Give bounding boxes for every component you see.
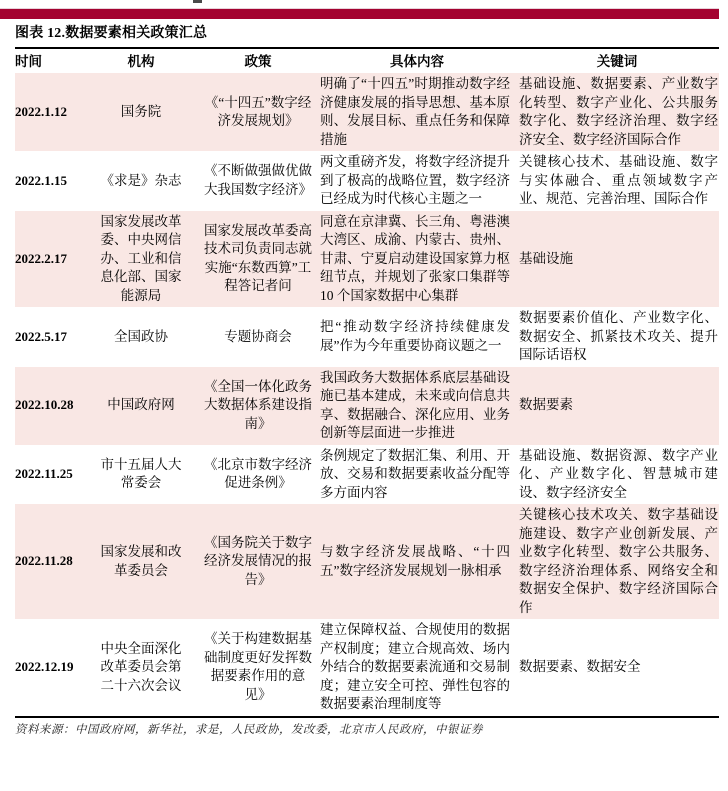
cell-keywords: 数据要素价值化、产业数字化、数据安全、抓紧技术攻关、提升国际话语权 xyxy=(515,307,719,367)
table-row: 2022.2.17 国家发展改革委、中央网信办、工业和信息化部、国家能源局 国家… xyxy=(15,211,719,308)
cell-policy: 《不断做强做优做大我国数字经济》 xyxy=(197,151,319,211)
cell-org: 中央全面深化改革委员会第二十六次会议 xyxy=(85,619,197,717)
cell-detail: 两文重磅齐发，将数字经济提升到了极高的战略位置，数字经济已经成为时代核心主题之一 xyxy=(319,151,515,211)
col-header-policy: 政策 xyxy=(197,48,319,73)
col-header-time: 时间 xyxy=(15,48,85,73)
cell-policy: 《关于构建数据基础制度更好发挥数据要素作用的意见》 xyxy=(197,619,319,717)
cell-keywords: 数据要素、数据安全 xyxy=(515,619,719,717)
policy-summary-table: 时间 机构 政策 具体内容 关键词 2022.1.12 国务院 《“十四五”数字… xyxy=(15,47,719,718)
cell-keywords: 关键核心技术、基础设施、数字与实体融合、重点领域数字产业、规范、完善治理、国际合… xyxy=(515,151,719,211)
cell-time: 2022.2.17 xyxy=(15,211,85,308)
cell-detail: 建立保障权益、合规使用的数据产权制度；建立合规高效、场内外结合的数据要素流通和交… xyxy=(319,619,515,717)
cell-detail: 我国政务大数据体系底层基础设施已基本建成，未来或向信息共享、数据融合、深化应用、… xyxy=(319,367,515,445)
cell-keywords: 关键核心技术攻关、数字基础设施建设、数字产业创新发展、产业数字化转型、数字公共服… xyxy=(515,504,719,619)
table-row: 2022.11.25 市十五届人大常委会 《北京市数字经济促进条例》 条例规定了… xyxy=(15,445,719,505)
cell-keywords: 基础设施、数据要素、产业数字化转型、数字产业化、公共服务数字化、数字经济治理、数… xyxy=(515,73,719,151)
cell-detail: 把“推动数字经济持续健康发展”作为今年重要协商议题之一 xyxy=(319,307,515,367)
table-row: 2022.12.19 中央全面深化改革委员会第二十六次会议 《关于构建数据基础制… xyxy=(15,619,719,717)
section-divider-bar xyxy=(0,8,719,19)
cell-org: 国家发展和改革委员会 xyxy=(85,504,197,619)
cell-keywords: 基础设施 xyxy=(515,211,719,308)
cell-org: 国家发展改革委、中央网信办、工业和信息化部、国家能源局 xyxy=(85,211,197,308)
table-row: 2022.1.15 《求是》杂志 《不断做强做优做大我国数字经济》 两文重磅齐发… xyxy=(15,151,719,211)
figure-block: 图表 12.数据要素相关政策汇总 时间 机构 政策 具体内容 关键词 2022.… xyxy=(15,24,719,738)
col-header-keywords: 关键词 xyxy=(515,48,719,73)
col-header-detail: 具体内容 xyxy=(319,48,515,73)
cell-keywords: 数据要素 xyxy=(515,367,719,445)
cell-time: 2022.1.12 xyxy=(15,73,85,151)
figure-title: 图表 12.数据要素相关政策汇总 xyxy=(15,24,719,43)
cell-org: 全国政协 xyxy=(85,307,197,367)
cell-time: 2022.10.28 xyxy=(15,367,85,445)
table-row: 2022.5.17 全国政协 专题协商会 把“推动数字经济持续健康发展”作为今年… xyxy=(15,307,719,367)
cell-policy: 《“十四五”数字经济发展规划》 xyxy=(197,73,319,151)
cell-time: 2022.11.28 xyxy=(15,504,85,619)
table-header-row: 时间 机构 政策 具体内容 关键词 xyxy=(15,48,719,73)
col-header-org: 机构 xyxy=(85,48,197,73)
cell-detail: 同意在京津冀、长三角、粤港澳大湾区、成渝、内蒙古、贵州、甘肃、宁夏启动建设国家算… xyxy=(319,211,515,308)
cell-policy: 《北京市数字经济促进条例》 xyxy=(197,445,319,505)
cell-policy: 专题协商会 xyxy=(197,307,319,367)
cell-time: 2022.5.17 xyxy=(15,307,85,367)
data-source-note: 资料来源：中国政府网，新华社，求是，人民政协，发改委，北京市人民政府，中银证券 xyxy=(15,718,719,738)
page-crop-artifact xyxy=(193,0,202,3)
table-row: 2022.10.28 中国政府网 《全国一体化政务大数据体系建设指南》 我国政务… xyxy=(15,367,719,445)
cell-keywords: 基础设施、数据资源、数字产业化、产业数字化、智慧城市建设、数字经济安全 xyxy=(515,445,719,505)
cell-detail: 明确了“十四五”时期推动数字经济健康发展的指导思想、基本原则、发展目标、重点任务… xyxy=(319,73,515,151)
table-row: 2022.11.28 国家发展和改革委员会 《国务院关于数字经济发展情况的报告》… xyxy=(15,504,719,619)
cell-org: 中国政府网 xyxy=(85,367,197,445)
cell-detail: 条例规定了数据汇集、利用、开放、交易和数据要素收益分配等多方面内容 xyxy=(319,445,515,505)
cell-org: 国务院 xyxy=(85,73,197,151)
cell-org: 《求是》杂志 xyxy=(85,151,197,211)
cell-org: 市十五届人大常委会 xyxy=(85,445,197,505)
table-row: 2022.1.12 国务院 《“十四五”数字经济发展规划》 明确了“十四五”时期… xyxy=(15,73,719,151)
cell-policy: 国家发展改革委高技术司负责同志就实施“东数西算”工程答记者问 xyxy=(197,211,319,308)
cell-policy: 《国务院关于数字经济发展情况的报告》 xyxy=(197,504,319,619)
cell-detail: 与数字经济发展战略、“十四五”数字经济发展规划一脉相承 xyxy=(319,504,515,619)
cell-time: 2022.12.19 xyxy=(15,619,85,717)
cell-time: 2022.11.25 xyxy=(15,445,85,505)
cell-policy: 《全国一体化政务大数据体系建设指南》 xyxy=(197,367,319,445)
cell-time: 2022.1.15 xyxy=(15,151,85,211)
